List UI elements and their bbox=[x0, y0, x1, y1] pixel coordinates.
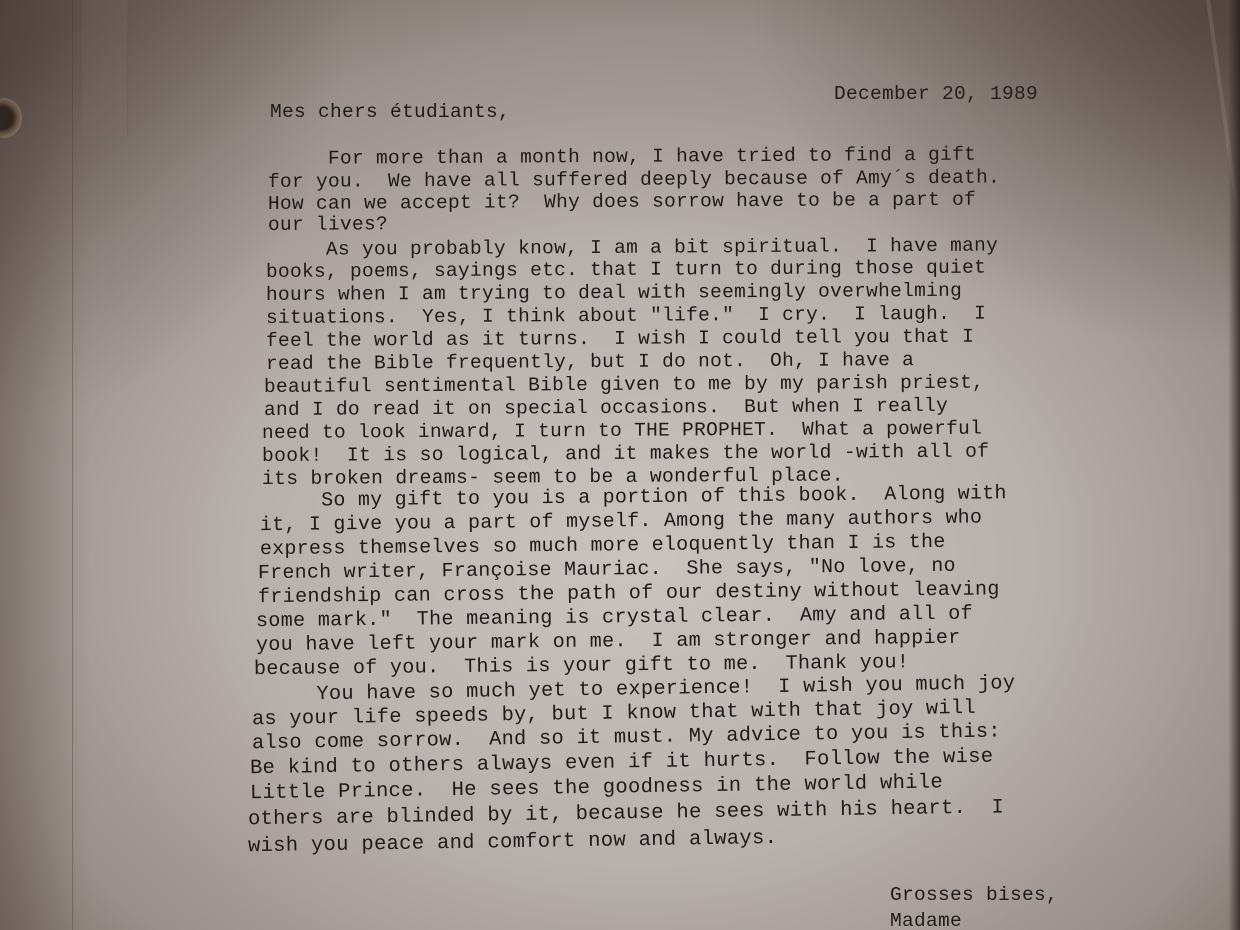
letter-line: our lives? bbox=[268, 213, 388, 236]
paper-right-edge bbox=[1228, 0, 1240, 930]
letter-line: and I do read it on special occasions. B… bbox=[264, 395, 948, 421]
letter-signature: Madame bbox=[890, 910, 962, 930]
letter-date: December 20, 1989 bbox=[834, 83, 1038, 105]
letter-line: For more than a month now, I have tried … bbox=[268, 144, 976, 170]
letter-line: beautiful sentimental Bible given to me … bbox=[264, 372, 984, 398]
letter-line: feel the world as it turns. I wish I cou… bbox=[266, 326, 974, 352]
letter-line: need to look inward, I turn to THE PROPH… bbox=[262, 418, 982, 444]
letter-line: hours when I am trying to deal with seem… bbox=[266, 280, 962, 306]
letter-closing: Grosses bises, bbox=[890, 884, 1058, 906]
letter-line: situations. Yes, I think about "life." I… bbox=[266, 303, 986, 329]
letter-line: How can we accept it? Why does sorrow ha… bbox=[268, 189, 976, 215]
letter-line: read the Bible frequently, but I do not.… bbox=[266, 349, 914, 375]
letter-salutation: Mes chers étudiants, bbox=[270, 101, 510, 123]
typed-letter: December 20, 1989 Mes chers étudiants, F… bbox=[0, 0, 1240, 930]
photo-scene: December 20, 1989 Mes chers étudiants, F… bbox=[0, 0, 1240, 930]
letter-line: book! It is so logical, and it makes the… bbox=[262, 440, 989, 467]
letter-line: books, poems, sayings etc. that I turn t… bbox=[266, 257, 986, 283]
letter-line: wish you peace and comfort now and alway… bbox=[248, 826, 778, 857]
